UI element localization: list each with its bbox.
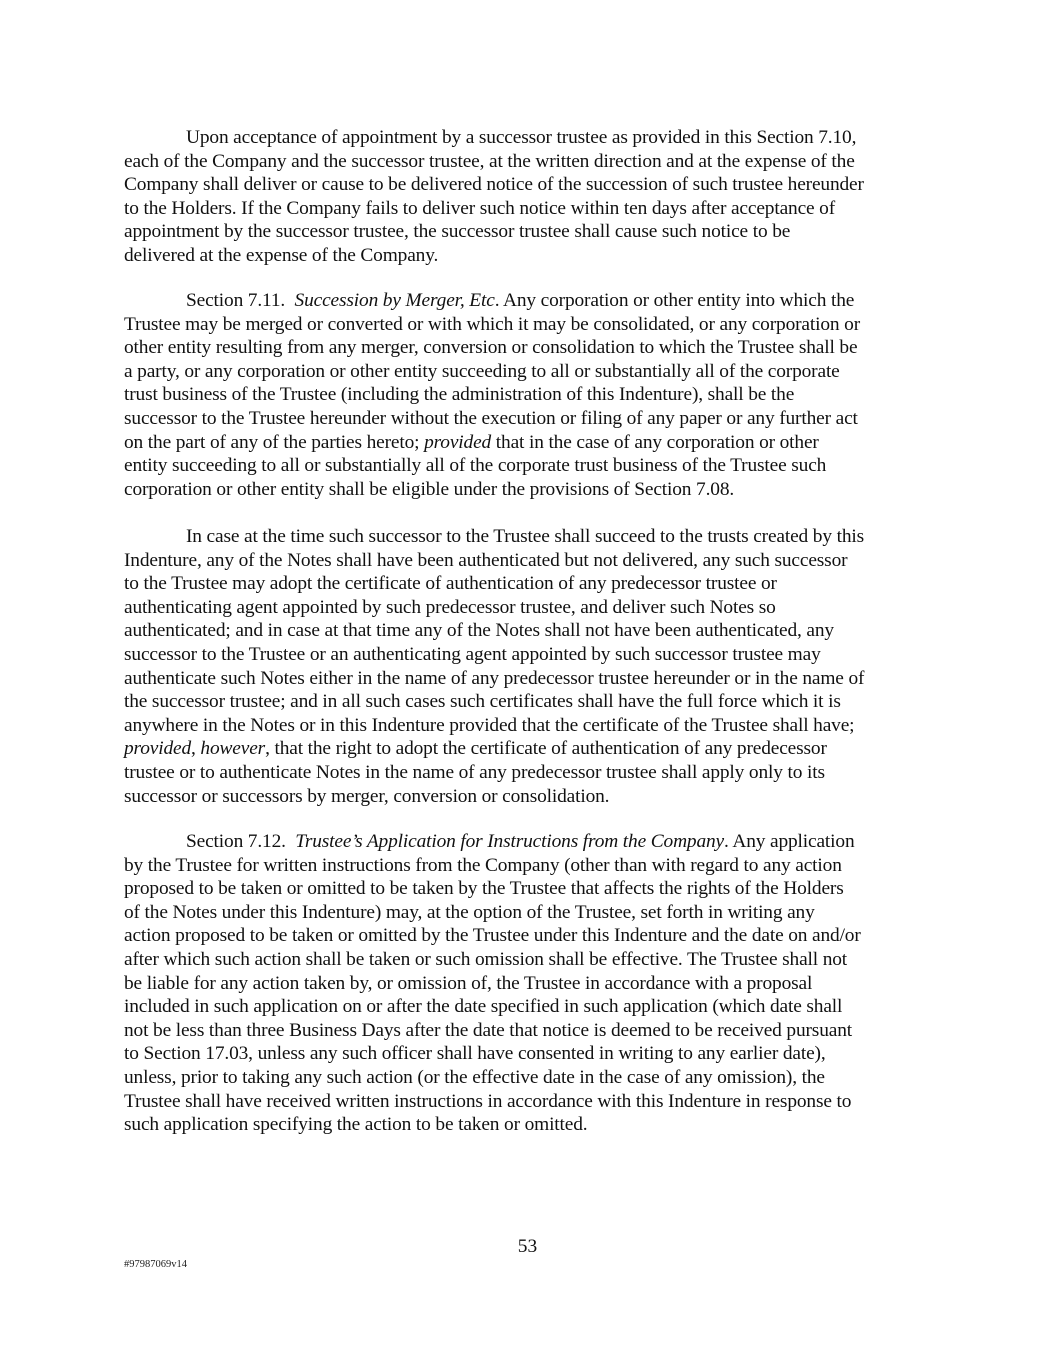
text-line: entity succeeding to all or substantiall… (124, 454, 944, 478)
paragraph-successor-notice: Upon acceptance of appointment by a succ… (124, 126, 944, 268)
section-heading-line: Section 7.12. Trustee’s Application for … (124, 830, 944, 854)
text-line: unless, prior to taking any such action … (124, 1066, 944, 1090)
text-line: to the Holders. If the Company fails to … (124, 197, 944, 221)
text-line: authenticate such Notes either in the na… (124, 667, 944, 691)
text-line: provided, however, that the right to ado… (124, 737, 944, 761)
text-line: authenticated; and in case at that time … (124, 619, 944, 643)
text-line: not be less than three Business Days aft… (124, 1019, 944, 1043)
text-line: trustee or to authenticate Notes in the … (124, 761, 944, 785)
text-line: other entity resulting from any merger, … (124, 336, 944, 360)
text-line: Upon acceptance of appointment by a succ… (124, 126, 944, 150)
text-line: trust business of the Trustee (including… (124, 383, 944, 407)
section-title: Succession by Merger, Etc (295, 290, 495, 311)
page-number: 53 (0, 1236, 1055, 1258)
paragraph-successor-authentication: In case at the time such successor to th… (124, 525, 944, 808)
text-line: such application specifying the action t… (124, 1113, 944, 1137)
text-run: , that the right to adopt the certificat… (265, 738, 827, 759)
text-run: that in the case of any corporation or o… (491, 432, 819, 453)
text-line: delivered at the expense of the Company. (124, 244, 944, 268)
text-line: Indenture, any of the Notes shall have b… (124, 549, 944, 573)
text-line: successor to the Trustee hereunder witho… (124, 407, 944, 431)
text-line: corporation or other entity shall be eli… (124, 478, 944, 502)
text-line: authenticating agent appointed by such p… (124, 596, 944, 620)
text-line: be liable for any action taken by, or om… (124, 972, 944, 996)
section-heading-line: Section 7.11. Succession by Merger, Etc.… (124, 289, 944, 313)
text-line: Trustee may be merged or converted or wi… (124, 313, 944, 337)
document-page: Upon acceptance of appointment by a succ… (0, 0, 1055, 1365)
text-run: , (191, 738, 200, 759)
text-line: the successor trustee; and in all such c… (124, 690, 944, 714)
paragraph-section-7-11: Section 7.11. Succession by Merger, Etc.… (124, 289, 944, 501)
text-line: each of the Company and the successor tr… (124, 150, 944, 174)
text-line: appointment by the successor trustee, th… (124, 220, 944, 244)
text-line: to Section 17.03, unless any such office… (124, 1042, 944, 1066)
text-line: proposed to be taken or omitted to be ta… (124, 877, 944, 901)
text-line: action proposed to be taken or omitted b… (124, 924, 944, 948)
italic-term: however (200, 738, 265, 759)
section-title: Trustee’s Application for Instructions f… (295, 831, 724, 852)
text-line: after which such action shall be taken o… (124, 948, 944, 972)
paragraph-section-7-12: Section 7.12. Trustee’s Application for … (124, 830, 944, 1137)
text-run: . Any corporation or other entity into w… (495, 290, 855, 311)
text-line: included in such application on or after… (124, 995, 944, 1019)
text-run: . Any application (724, 831, 854, 852)
text-line: Company shall deliver or cause to be del… (124, 173, 944, 197)
text-line: to the Trustee may adopt the certificate… (124, 572, 944, 596)
text-line: anywhere in the Notes or in this Indentu… (124, 714, 944, 738)
text-line: on the part of any of the parties hereto… (124, 431, 944, 455)
section-number: Section 7.12. (186, 831, 286, 852)
text-line: successor or successors by merger, conve… (124, 785, 944, 809)
document-id: #97987069v14 (124, 1259, 187, 1270)
text-line: Trustee shall have received written inst… (124, 1090, 944, 1114)
text-line: by the Trustee for written instructions … (124, 854, 944, 878)
text-run: on the part of any of the parties hereto… (124, 432, 424, 453)
text-line: a party, or any corporation or other ent… (124, 360, 944, 384)
italic-term: provided (124, 738, 191, 759)
italic-term: provided (424, 432, 491, 453)
text-line: successor to the Trustee or an authentic… (124, 643, 944, 667)
text-line: of the Notes under this Indenture) may, … (124, 901, 944, 925)
section-number: Section 7.11. (186, 290, 285, 311)
text-line: In case at the time such successor to th… (124, 525, 944, 549)
